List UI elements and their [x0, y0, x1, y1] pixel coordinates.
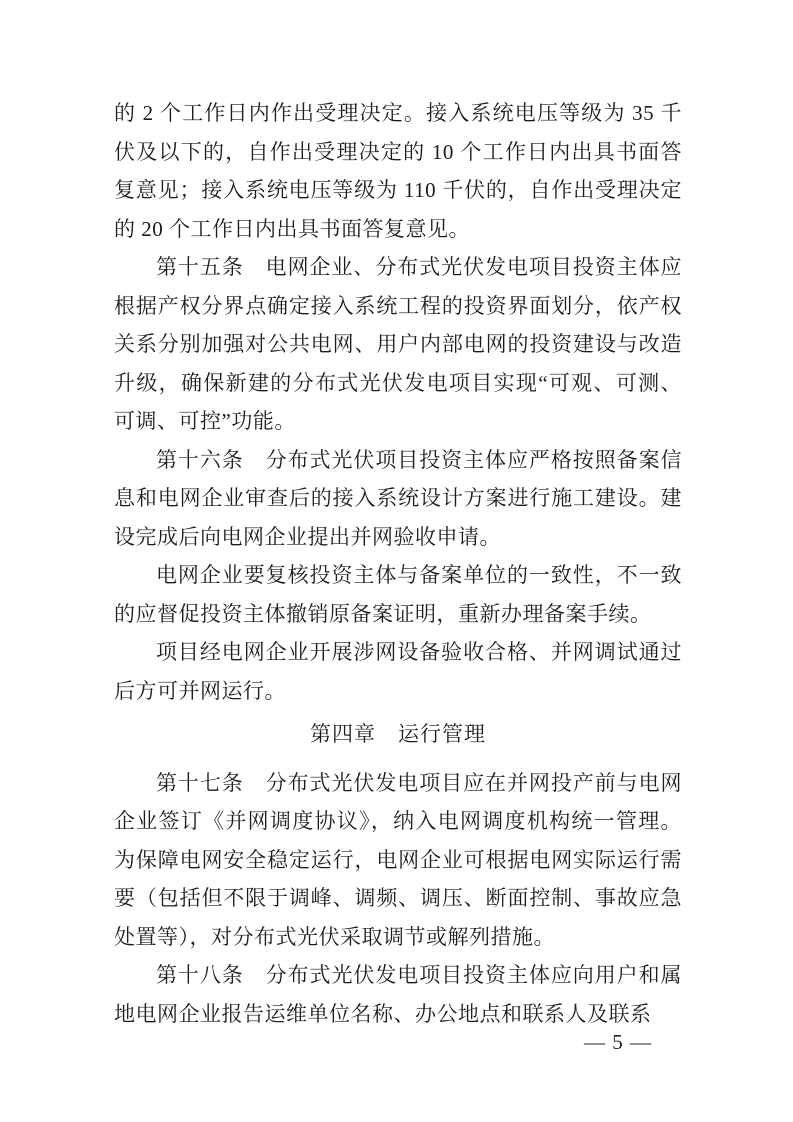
body-paragraph-continuation: 的 2 个工作日内作出受理决定。接入系统电压等级为 35 千伏及以下的，自作出受…	[114, 94, 682, 248]
body-paragraph-review: 电网企业要复核投资主体与备案单位的一致性，不一致的应督促投资主体撤销原备案证明，…	[114, 556, 682, 633]
body-paragraph-article-18: 第十八条 分布式光伏发电项目投资主体应向用户和属地电网企业报告运维单位名称、办公…	[114, 956, 682, 1033]
body-paragraph-acceptance: 项目经电网企业开展涉网设备验收合格、并网调试通过后方可并网运行。	[114, 633, 682, 710]
chapter-heading: 第四章 运行管理	[114, 715, 682, 754]
document-page: 的 2 个工作日内作出受理决定。接入系统电压等级为 35 千伏及以下的，自作出受…	[0, 0, 793, 1122]
page-number: — 5 —	[584, 1030, 652, 1054]
body-paragraph-article-16: 第十六条 分布式光伏项目投资主体应严格按照备案信息和电网企业审查后的接入系统设计…	[114, 441, 682, 557]
body-paragraph-article-17: 第十七条 分布式光伏发电项目应在并网投产前与电网企业签订《并网调度协议》，纳入电…	[114, 764, 682, 957]
body-paragraph-article-15: 第十五条 电网企业、分布式光伏发电项目投资主体应根据产权分界点确定接入系统工程的…	[114, 248, 682, 441]
document-body: 的 2 个工作日内作出受理决定。接入系统电压等级为 35 千伏及以下的，自作出受…	[114, 94, 682, 1033]
